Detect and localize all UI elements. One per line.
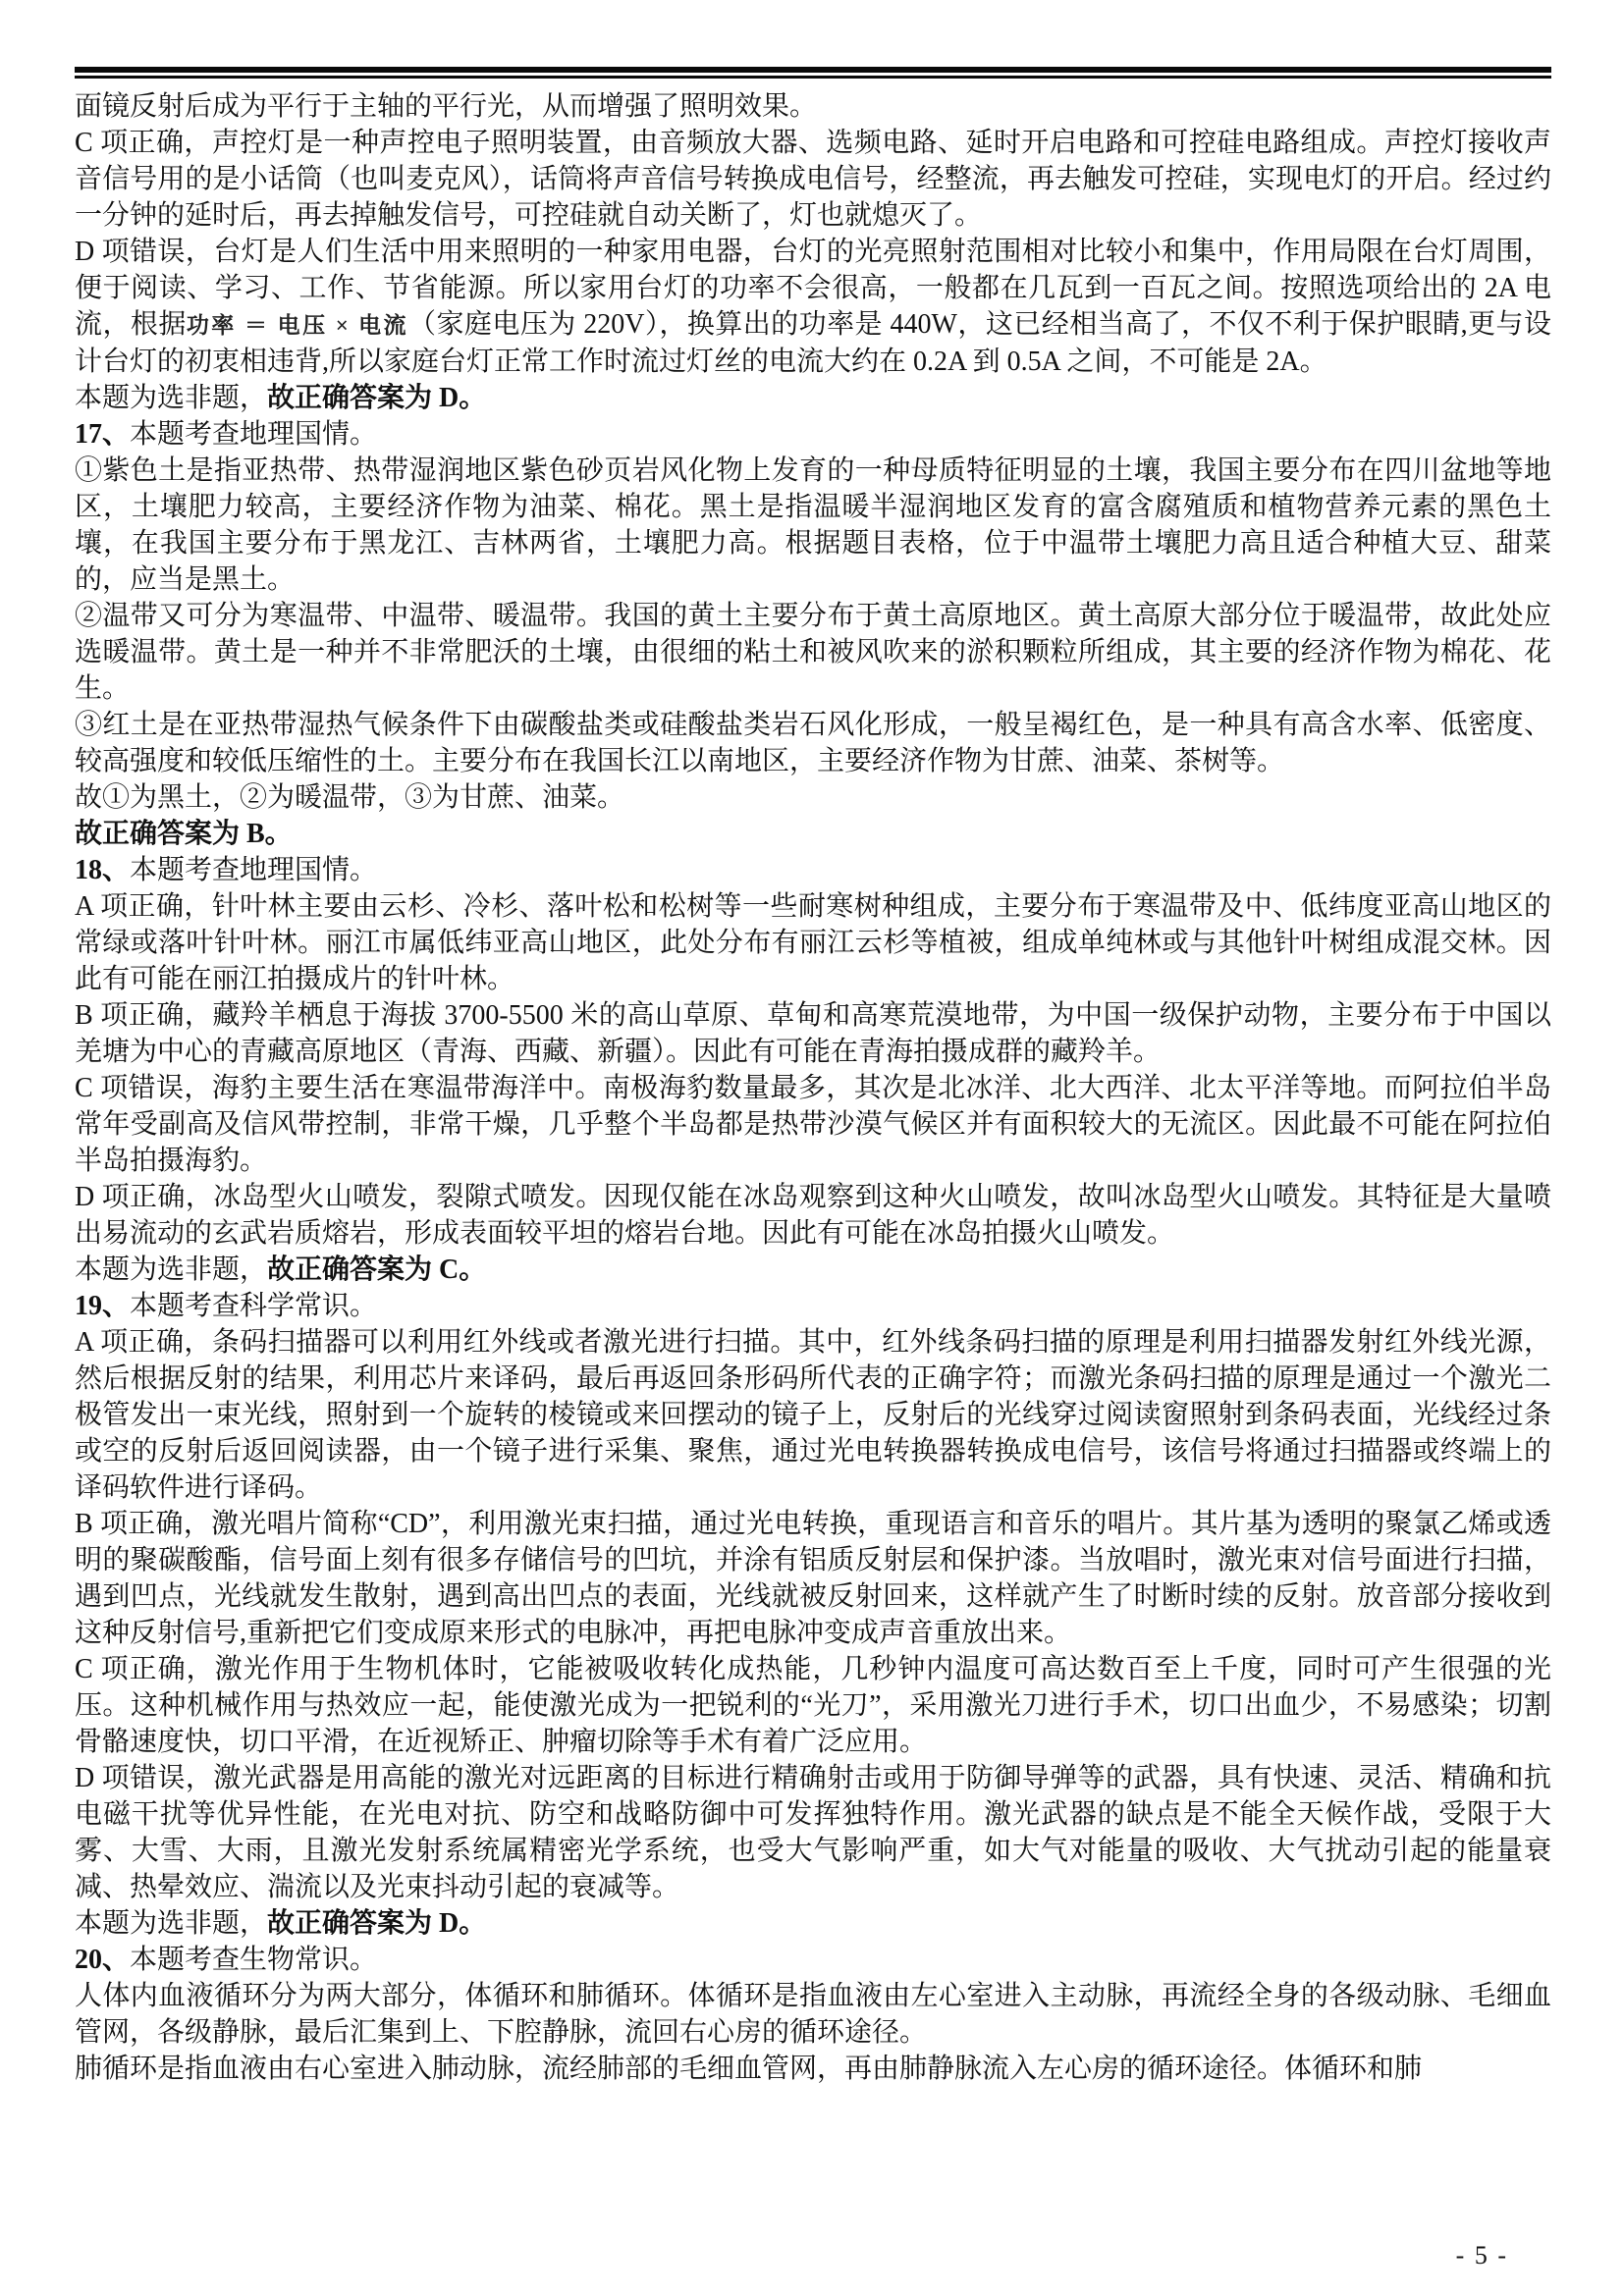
text-segment: 故正确答案为 D。 (267, 383, 486, 413)
paragraph: D 项错误，激光武器是用高能的激光对远距离的目标进行精确射击或用于防御导弹等的武… (75, 1760, 1551, 1905)
paragraph: C 项正确，声控灯是一种声控电子照明装置，由音频放大器、选频电路、延时开启电路和… (75, 125, 1551, 234)
text-segment: C 项正确，声控灯是一种声控电子照明装置，由音频放大器、选频电路、延时开启电路和… (75, 128, 1551, 231)
paragraph: 人体内血液循环分为两大部分，体循环和肺循环。体循环是指血液由左心室进入主动脉，再… (75, 1978, 1551, 2051)
text-segment: 19、 (75, 1291, 130, 1321)
text-segment: 面镜反射后成为平行于主轴的平行光，从而增强了照明效果。 (75, 91, 817, 122)
text-segment: D 项错误，激光武器是用高能的激光对远距离的目标进行精确射击或用于防御导弹等的武… (75, 1763, 1551, 1902)
paragraph: 肺循环是指血液由右心室进入肺动脉，流经肺部的毛细血管网，再由肺静脉流入左心房的循… (75, 2051, 1551, 2087)
paragraph: 本题为选非题，故正确答案为 D。 (75, 1905, 1551, 1942)
page-number: - 5 - (1456, 2241, 1508, 2270)
paragraph: 18、本题考查地理国情。 (75, 852, 1551, 888)
paragraph: 本题为选非题，故正确答案为 C。 (75, 1252, 1551, 1288)
page-top-rule (75, 67, 1551, 79)
paragraph: B 项正确，激光唱片简称“CD”，利用激光束扫描，通过光电转换，重现语言和音乐的… (75, 1506, 1551, 1651)
paragraph: 故正确答案为 B。 (75, 816, 1551, 852)
text-segment: A 项正确，针叶林主要由云杉、冷杉、落叶松和松树等一些耐寒树种组成，主要分布于寒… (75, 891, 1551, 994)
text-segment: 本题考查地理国情。 (130, 855, 377, 885)
paragraph: 本题为选非题，故正确答案为 D。 (75, 380, 1551, 416)
text-segment: 故正确答案为 C。 (267, 1255, 486, 1285)
text-segment: 本题考查科学常识。 (130, 1291, 377, 1321)
paragraph: 17、本题考查地理国情。 (75, 416, 1551, 453)
text-segment: A 项正确，条码扫描器可以利用红外线或者激光进行扫描。其中，红外线条码扫描的原理… (75, 1327, 1551, 1503)
text-segment: 17、 (75, 419, 130, 450)
text-segment: 故正确答案为 B。 (75, 819, 293, 849)
text-segment: 故正确答案为 D。 (267, 1908, 486, 1939)
text-segment: D 项正确，冰岛型火山喷发，裂隙式喷发。因现仅能在冰岛观察到这种火山喷发，故叫冰… (75, 1182, 1551, 1249)
paragraph: 19、本题考查科学常识。 (75, 1288, 1551, 1324)
text-segment: ②温带又可分为寒温带、中温带、暖温带。我国的黄土主要分布于黄土高原地区。黄土高原… (75, 601, 1551, 704)
paragraph: ③红土是在亚热带湿热气候条件下由碳酸盐类或硅酸盐类岩石风化形成，一般呈褐红色，是… (75, 707, 1551, 779)
text-segment: C 项正确，激光作用于生物机体时，它能被吸收转化成热能，几秒钟内温度可高达数百至… (75, 1654, 1551, 1757)
paragraph: ①紫色土是指亚热带、热带湿润地区紫色砂页岩风化物上发育的一种母质特征明显的土壤，… (75, 453, 1551, 598)
text-segment: 18、 (75, 855, 130, 885)
paragraph: C 项正确，激光作用于生物机体时，它能被吸收转化成热能，几秒钟内温度可高达数百至… (75, 1651, 1551, 1760)
text-segment: 本题考查生物常识。 (130, 1945, 377, 1975)
paragraph: 20、本题考查生物常识。 (75, 1942, 1551, 1978)
paragraph: 面镜反射后成为平行于主轴的平行光，从而增强了照明效果。 (75, 88, 1551, 125)
paragraph: A 项正确，针叶林主要由云杉、冷杉、落叶松和松树等一些耐寒树种组成，主要分布于寒… (75, 888, 1551, 997)
inline-formula: 功率 ＝ 电压 × 电流 (187, 313, 408, 338)
document-body: 面镜反射后成为平行于主轴的平行光，从而增强了照明效果。C 项正确，声控灯是一种声… (75, 88, 1551, 2087)
paragraph: ②温带又可分为寒温带、中温带、暖温带。我国的黄土主要分布于黄土高原地区。黄土高原… (75, 598, 1551, 707)
text-segment: 本题为选非题， (75, 383, 267, 413)
text-segment: B 项正确，激光唱片简称“CD”，利用激光束扫描，通过光电转换，重现语言和音乐的… (75, 1509, 1551, 1648)
paragraph: A 项正确，条码扫描器可以利用红外线或者激光进行扫描。其中，红外线条码扫描的原理… (75, 1324, 1551, 1506)
text-segment: 肺循环是指血液由右心室进入肺动脉，流经肺部的毛细血管网，再由肺静脉流入左心房的循… (75, 2054, 1422, 2084)
text-segment: 本题为选非题， (75, 1908, 267, 1939)
text-segment: B 项正确，藏羚羊栖息于海拔 3700-5500 米的高山草原、草甸和高寒荒漠地… (75, 1000, 1551, 1067)
text-segment: ①紫色土是指亚热带、热带湿润地区紫色砂页岩风化物上发育的一种母质特征明显的土壤，… (75, 455, 1551, 595)
text-segment: C 项错误，海豹主要生活在寒温带海洋中。南极海豹数量最多，其次是北冰洋、北大西洋… (75, 1073, 1551, 1176)
text-segment: 20、 (75, 1945, 130, 1975)
text-segment: 本题为选非题， (75, 1255, 267, 1285)
text-segment: 本题考查地理国情。 (130, 419, 377, 450)
paragraph: D 项错误，台灯是人们生活中用来照明的一种家用电器，台灯的光亮照射范围相对比较小… (75, 234, 1551, 380)
text-segment: 人体内血液循环分为两大部分，体循环和肺循环。体循环是指血液由左心室进入主动脉，再… (75, 1981, 1551, 2048)
text-segment: ③红土是在亚热带湿热气候条件下由碳酸盐类或硅酸盐类岩石风化形成，一般呈褐红色，是… (75, 710, 1551, 776)
paragraph: D 项正确，冰岛型火山喷发，裂隙式喷发。因现仅能在冰岛观察到这种火山喷发，故叫冰… (75, 1179, 1551, 1252)
document-page: 面镜反射后成为平行于主轴的平行光，从而增强了照明效果。C 项正确，声控灯是一种声… (0, 0, 1624, 2296)
text-segment: 故①为黑土，②为暖温带，③为甘蔗、油菜。 (75, 782, 624, 813)
paragraph: C 项错误，海豹主要生活在寒温带海洋中。南极海豹数量最多，其次是北冰洋、北大西洋… (75, 1070, 1551, 1179)
paragraph: B 项正确，藏羚羊栖息于海拔 3700-5500 米的高山草原、草甸和高寒荒漠地… (75, 997, 1551, 1070)
paragraph: 故①为黑土，②为暖温带，③为甘蔗、油菜。 (75, 779, 1551, 816)
